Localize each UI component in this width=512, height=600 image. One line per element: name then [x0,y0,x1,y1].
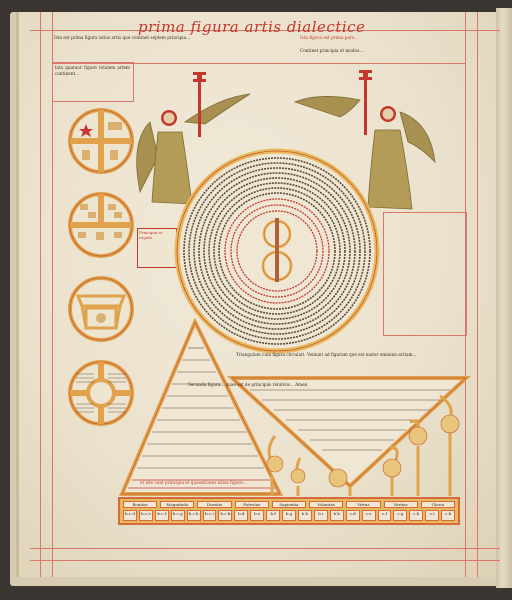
column-header: Gloria [421,501,455,508]
wheel-figure-2 [68,192,134,258]
table-cell: b.d [234,510,248,521]
table-cell: c.e [362,510,376,521]
table-cells: b.c.d b.c.e b.c.f b.c.g b.c.h b.c.i b.c.… [123,510,455,521]
principles-table: Bonitas Magnitudo Duratio Potestas Sapie… [118,497,460,525]
column-header: Veritas [384,501,418,508]
column-header: Potestas [235,501,269,508]
table-cell: b.c.k [218,510,232,521]
table-cell: b.c.i [203,510,217,521]
text-block-inverted-triangle: Secunda figura... quae est de principiis… [188,382,438,444]
column-header: Magnitudo [160,501,194,508]
column-header: Voluntas [309,501,343,508]
ruling-line [30,548,500,549]
table-cell: b.c.g [171,510,185,521]
table-cell: b.c.d [123,510,137,521]
table-cell: c.h [409,510,423,521]
table-cell: b.c.h [187,510,201,521]
column-header: Duratio [197,501,231,508]
table-cell: b.e [250,510,264,521]
ruling-line [40,12,41,577]
ruling-line [30,560,500,561]
table-cell: c.d [346,510,360,521]
text-block-top-right-rubric: Ista figura est prima pars... [300,35,465,45]
table-cell: b.c.f [155,510,169,521]
table-cell: c.g [393,510,407,521]
table-cell: b.f [266,510,280,521]
table-cell: c.k [441,510,455,521]
table-cell: b.h [298,510,312,521]
wheel-figure-1 [68,108,134,174]
table-cell: b.k [330,510,344,521]
binding-gutter [496,8,512,588]
text-block-top-left: Ista est prima figura istius artis que c… [54,35,254,63]
column-header: Virtus [346,501,380,508]
table-cell: b.g [282,510,296,521]
table-cell: b.c.e [139,510,153,521]
table-cell: c.f [378,510,392,521]
text-block-left-second: Ista quatuor figure totalem artem contin… [55,65,130,97]
side-label-box: Principia et regule [137,228,177,268]
table-cell: c.i [425,510,439,521]
column-header: Bonitas [123,501,157,508]
table-cell: b.i [314,510,328,521]
table-column-headers: Bonitas Magnitudo Duratio Potestas Sapie… [123,501,455,508]
page-title: prima figura artis dialectice [138,18,365,36]
column-header: Sapientia [272,501,306,508]
text-block-bottom-rubric: et iste sunt principia et quaestiones is… [140,480,280,492]
